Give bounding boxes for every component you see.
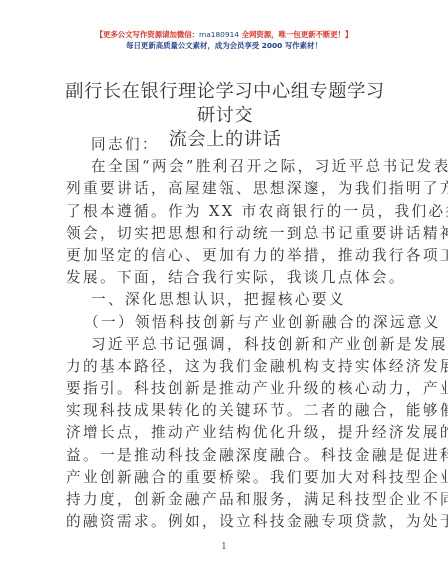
paragraph-line: 的融资需求。例如，设立科技金融专项贷款，为处于初创期的 — [66, 511, 384, 533]
paragraph-line: 要指引。科技创新是推动产业升级的核心动力，产业创新则是 — [66, 378, 384, 400]
paragraph-line: 习近平总书记强调，科技创新和产业创新是发展新质生产 — [66, 334, 384, 356]
promo-wechat-code: ma180914 — [199, 30, 239, 39]
paragraph-line: 在全国“两会”胜利召开之际，习近平总书记发表的一系 — [66, 156, 384, 178]
promo-banner-line2: 每日更新高质量公文素材，成为会员享受 2000 写作素材！ — [0, 40, 448, 51]
paragraph-line: 济增长点，推动产业结构优化升级，提升经济发展的质量和效 — [66, 422, 384, 444]
paragraph-line: 列重要讲话，高屋建瓴、思想深邃，为我们指明了方向、提供 — [66, 178, 384, 200]
document-page: 【更多公文写作资源请加微信：ma180914 全网资源，唯一包更新不断更！】 每… — [0, 0, 448, 580]
promo-suffix: 全网资源，唯一包更新不断更！】 — [239, 30, 352, 39]
paragraph-line: 发展。下面，结合我行实际，我谈几点体会。 — [66, 267, 384, 289]
page-number: 1 — [0, 542, 448, 552]
paragraph-line: 实现科技成果转化的关键环节。二者的融合，能够催生新的经 — [66, 400, 384, 422]
paragraph-line: 益。一是推动科技金融深度融合。科技金融是促进科技创新与 — [66, 445, 384, 467]
paragraph-line: 持力度，创新金融产品和服务，满足科技型企业不同发展阶段 — [66, 489, 384, 511]
promo-banner-line1: 【更多公文写作资源请加微信：ma180914 全网资源，唯一包更新不断更！】 — [0, 29, 448, 40]
salutation: 同志们： — [66, 134, 384, 156]
paragraph-line: 力的基本路径，这为我们金融机构支持实体经济发展提供了重 — [66, 356, 384, 378]
paragraph-line: 领会，切实把思想和行动统一到总书记重要讲话精神上来，以 — [66, 223, 384, 245]
paragraph-line: 产业创新融合的重要桥梁。我们要加大对科技型企业的金融支 — [66, 467, 384, 489]
section-heading: 一、深化思想认识，把握核心要义 — [66, 289, 384, 311]
paragraph-line: 更加坚定的信心、更加有力的举措，推动我行各项工作高质量 — [66, 245, 384, 267]
title-line-1: 副行长在银行理论学习中心组专题学习研讨交 — [64, 80, 386, 128]
paragraph-line: 了根本遵循。作为 XX 市农商银行的一员，我们必须深入学习 — [66, 201, 384, 223]
document-body: 同志们： 在全国“两会”胜利召开之际，习近平总书记发表的一系 列重要讲话，高屋建… — [66, 134, 384, 533]
promo-prefix: 【更多公文写作资源请加微信： — [96, 30, 199, 39]
subsection-heading: （一）领悟科技创新与产业创新融合的深远意义 — [66, 312, 384, 334]
